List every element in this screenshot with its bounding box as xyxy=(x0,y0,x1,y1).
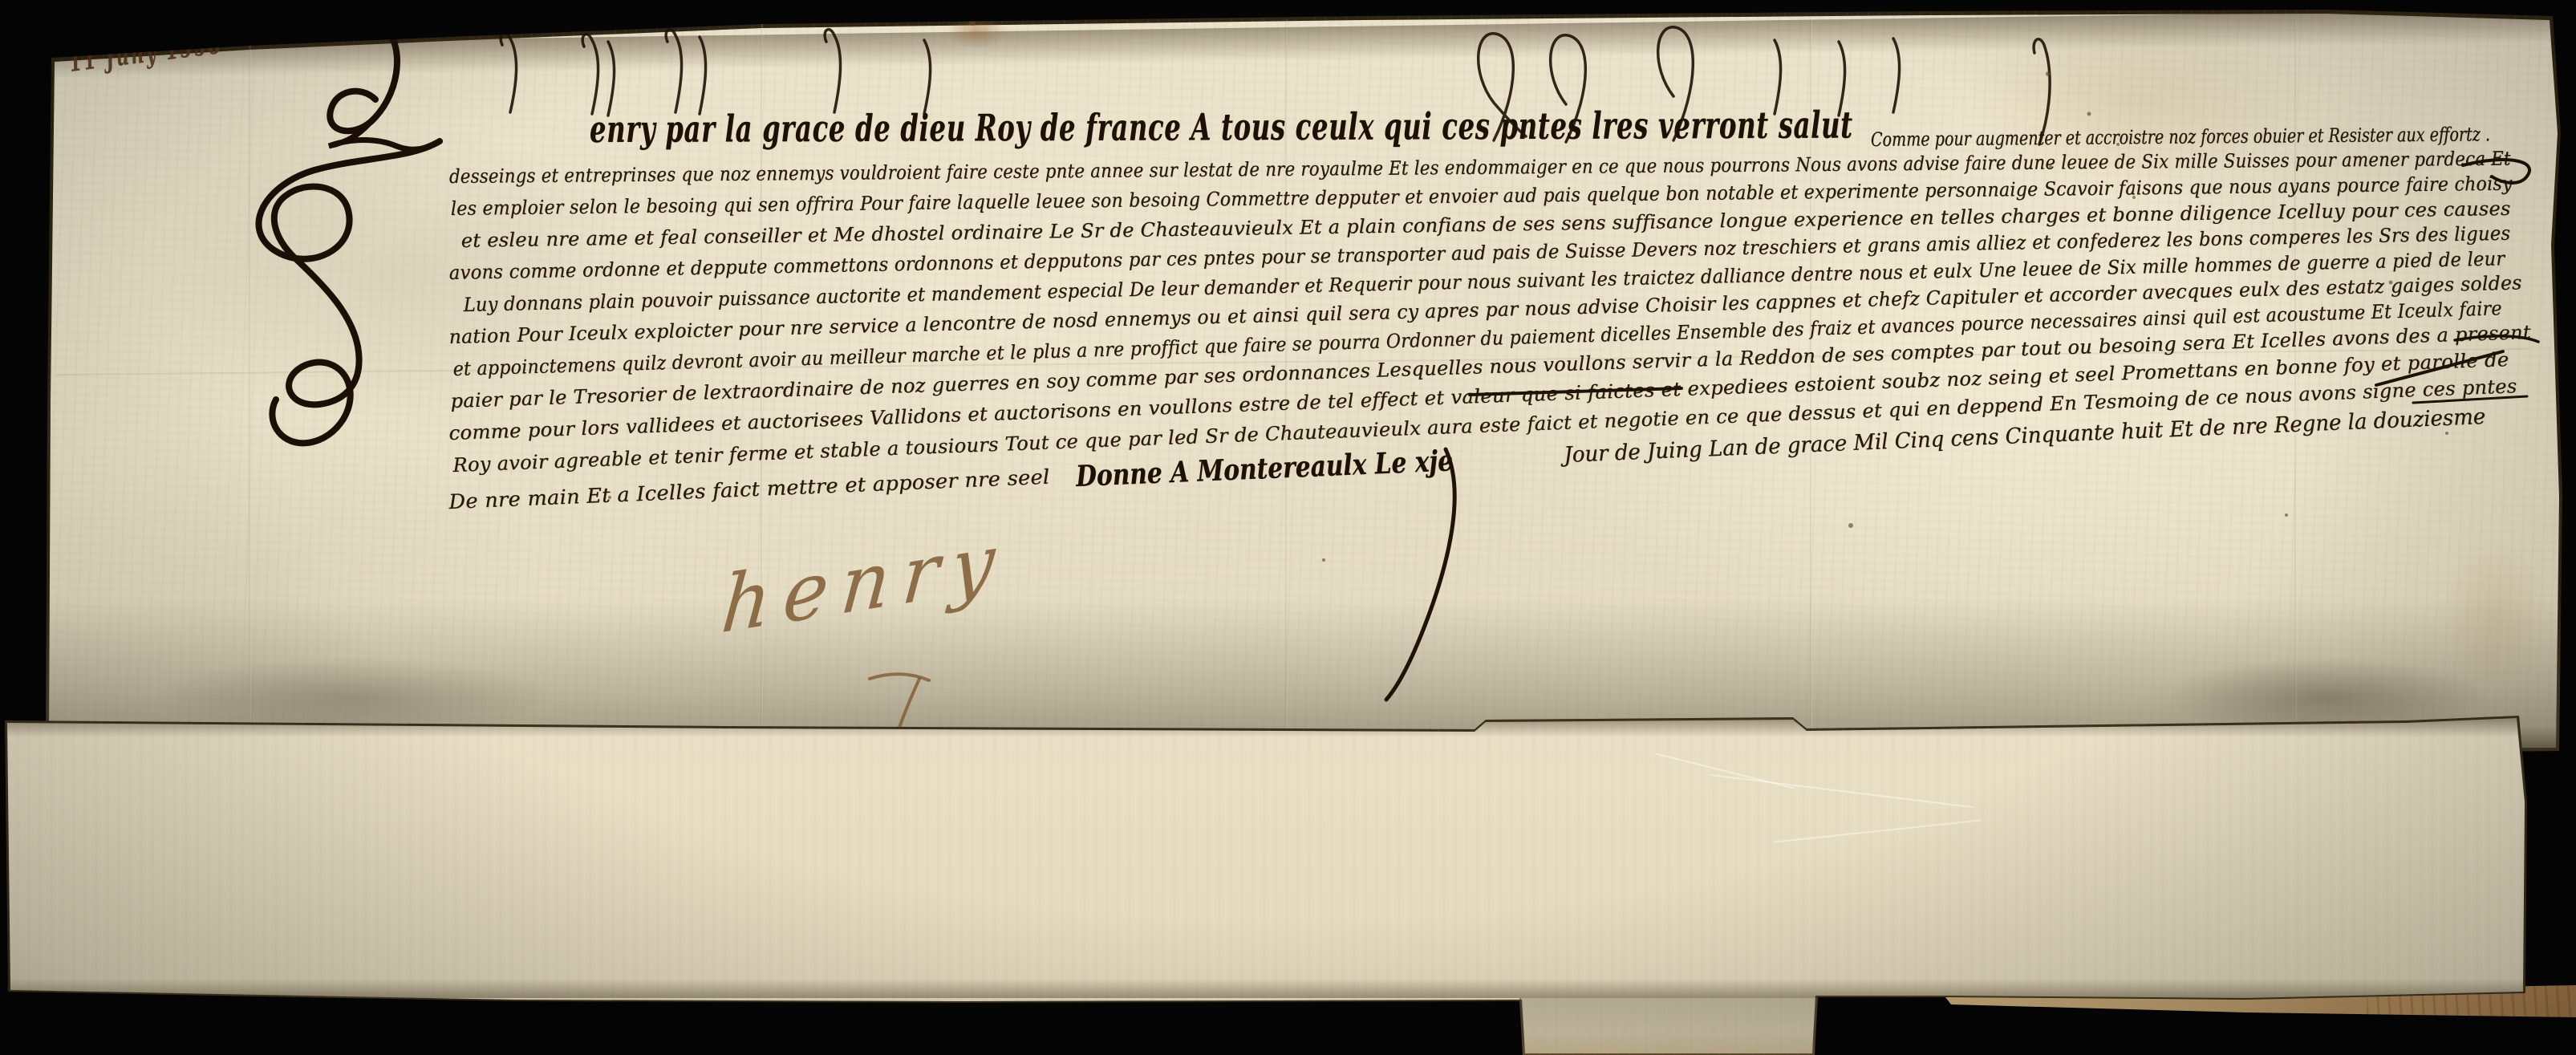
seal-tongue xyxy=(1519,998,1819,1055)
stain-blotch xyxy=(937,10,1017,54)
photo-backdrop: 11 Juny 1558 enry par la grace de dieu R… xyxy=(0,0,2576,1055)
stain-blotch xyxy=(2423,513,2567,722)
plica-bottom-edge xyxy=(0,979,2576,998)
fold-crease xyxy=(249,19,251,745)
opening-line-text: enry par la grace de dieu Roy de france … xyxy=(590,103,1853,151)
